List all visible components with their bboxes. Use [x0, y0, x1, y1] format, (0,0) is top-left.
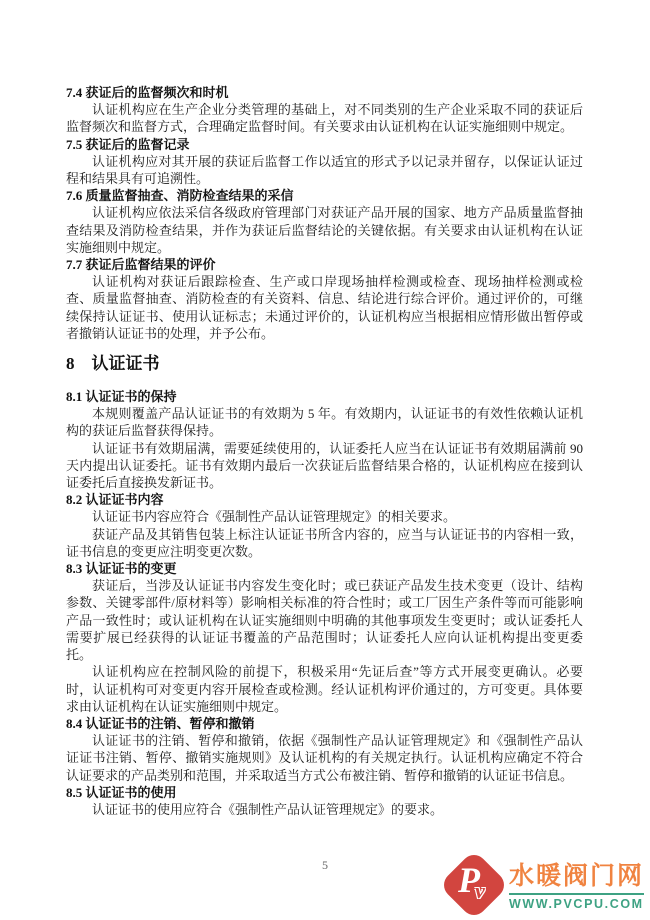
- paragraph: 认证机构对获证后跟踪检查、生产或口岸现场抽样检测或检查、现场抽样检测或检查、质量…: [66, 273, 583, 342]
- pvcpu-logo-icon: P v: [439, 850, 510, 920]
- section-heading: 7.4 获证后的监督频次和时机: [66, 84, 583, 101]
- section-heading: 8.3 认证证书的变更: [66, 560, 583, 577]
- section-heading: 7.5 获证后的监督记录: [66, 136, 583, 153]
- document-body: 7.4 获证后的监督频次和时机认证机构应在生产企业分类管理的基础上，对不同类别的…: [66, 84, 583, 818]
- section-heading: 8.4 认证证书的注销、暂停和撤销: [66, 715, 583, 732]
- section-heading: 7.6 质量监督抽查、消防检查结果的采信: [66, 187, 583, 204]
- section-heading: 8.2 认证证书内容: [66, 491, 583, 508]
- paragraph: 认证证书有效期届满，需要延续使用的，认证委托人应当在认证证书有效期届满前 90 …: [66, 440, 583, 492]
- paragraph: 认证机构应在生产企业分类管理的基础上，对不同类别的生产企业采取不同的获证后监督频…: [66, 101, 583, 135]
- paragraph: 认证机构应在控制风险的前提下，积极采用“先证后查”等方式开展变更确认。必要时，认…: [66, 663, 583, 715]
- paragraph: 获证后，当涉及认证证书内容发生变化时；或已获证产品发生技术变更（设计、结构参数、…: [66, 577, 583, 663]
- section-heading: 7.7 获证后监督结果的评价: [66, 256, 583, 273]
- monogram-letter-v: v: [475, 880, 485, 902]
- paragraph: 本规则覆盖产品认证证书的有效期为 5 年。有效期内，认证证书的有效性依赖认证机构…: [66, 405, 583, 439]
- paragraph: 认证机构应依法采信各级政府管理部门对获证产品开展的国家、地方产品质量监督抽查结果…: [66, 204, 583, 256]
- paragraph: 认证证书的注销、暂停和撤销，依据《强制性产品认证管理规定》和《强制性产品认证证书…: [66, 732, 583, 784]
- chapter-heading: 8 认证证书: [66, 353, 583, 375]
- paragraph: 获证产品及其销售包装上标注认证证书所含内容的，应当与认证证书的内容相一致，证书信…: [66, 526, 583, 560]
- site-name: 水暖阀门网: [509, 863, 644, 896]
- site-watermark: P v 水暖阀门网 WWW.PVCPU.COM: [445, 856, 644, 918]
- section-heading: 8.5 认证证书的使用: [66, 784, 583, 801]
- site-url: WWW.PVCPU.COM: [509, 897, 644, 911]
- paragraph: 认证证书内容应符合《强制性产品认证管理规定》的相关要求。: [66, 508, 583, 525]
- watermark-text: 水暖阀门网 WWW.PVCPU.COM: [509, 863, 644, 912]
- pv-monogram: P v: [449, 860, 499, 910]
- document-page: { "document": { "sections": [ { "type": …: [0, 0, 650, 920]
- section-heading: 8.1 认证证书的保持: [66, 388, 583, 405]
- paragraph: 认证证书的使用应符合《强制性产品认证管理规定》的要求。: [66, 801, 583, 818]
- paragraph: 认证机构应对其开展的获证后监督工作以适宜的形式予以记录并留存，以保证认证过程和结…: [66, 153, 583, 187]
